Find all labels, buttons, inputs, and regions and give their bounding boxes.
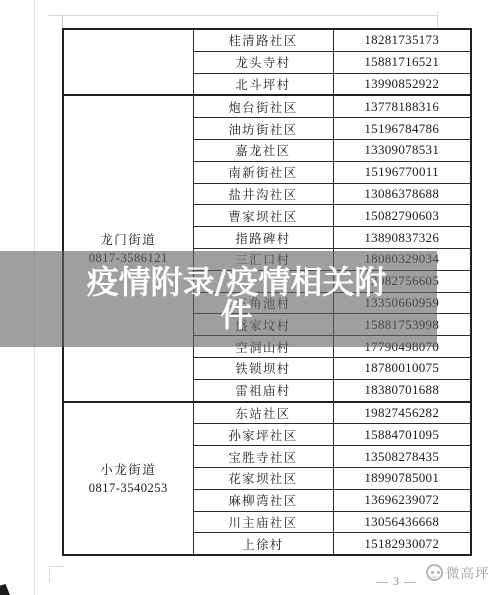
phone-number-cell: 13309078531	[333, 139, 471, 161]
phone-number-cell: 15196770011	[333, 161, 471, 183]
page-margin-mark	[48, 15, 437, 16]
phone-number-cell: 18281735173	[333, 29, 471, 51]
publisher-logo-text: 微高坪	[446, 562, 490, 582]
community-name-cell: 上徐村	[193, 533, 333, 555]
watermark-text: 疫情附录/疫情相关附 件	[67, 266, 407, 332]
document-page: 桂清路社区18281735173龙头寺村15881716521北斗坪村13990…	[0, 0, 500, 595]
street-phone: 0817-3540253	[64, 481, 193, 496]
street-cell: 小龙街道0817-3540253	[63, 402, 193, 556]
page-margin-mark	[49, 566, 50, 582]
phone-number-cell: 13056436668	[333, 511, 471, 533]
scan-corner-smudge	[0, 584, 10, 595]
community-name-cell: 孙家坪社区	[193, 424, 333, 446]
phone-number-cell: 15196784786	[333, 118, 471, 140]
community-name-cell: 花家坝社区	[193, 467, 333, 489]
community-name-cell: 铁锁坝村	[193, 357, 333, 379]
community-name-cell: 川主庙社区	[193, 511, 333, 533]
community-name-cell: 桂清路社区	[193, 29, 333, 51]
community-name-cell: 炮台街社区	[193, 95, 333, 117]
phone-number-cell: 13990852922	[333, 73, 471, 95]
community-name-cell: 指路碑村	[193, 227, 333, 249]
community-name-cell: 龙头寺村	[193, 51, 333, 73]
community-name-cell: 东站社区	[193, 402, 333, 424]
page-margin-mark	[62, 15, 63, 28]
phone-number-cell: 15884701095	[333, 424, 471, 446]
street-name: 龙门街道	[64, 230, 193, 248]
watermark-line-2: 件	[67, 299, 407, 332]
community-name-cell: 宝胜寺社区	[193, 446, 333, 468]
phone-number-cell: 13778188316	[333, 95, 471, 117]
phone-number-cell: 13696239072	[333, 489, 471, 511]
community-name-cell: 盐井沟社区	[193, 183, 333, 205]
phone-number-cell: 19827456282	[333, 402, 471, 424]
page-number: — 3 —	[376, 574, 417, 589]
street-cell: 龙门街道0817-3586121	[63, 95, 193, 401]
phone-number-cell: 15182930072	[333, 533, 471, 555]
community-name-cell: 雷祖庙村	[193, 379, 333, 401]
phone-number-cell: 13890837326	[333, 227, 471, 249]
community-name-cell: 北斗坪村	[193, 73, 333, 95]
page-margin-mark	[437, 11, 438, 28]
table-row: 桂清路社区18281735173	[63, 29, 471, 51]
table-row: 龙门街道0817-3586121炮台街社区13778188316	[63, 95, 471, 117]
phone-number-cell: 13508278435	[333, 446, 471, 468]
phone-number-cell: 13086378688	[333, 183, 471, 205]
phone-number-cell: 18990785001	[333, 467, 471, 489]
phone-number-cell: 18380701688	[333, 379, 471, 401]
phone-number-cell: 15082790603	[333, 205, 471, 227]
community-name-cell: 油坊街社区	[193, 118, 333, 140]
community-name-cell: 曹家坝社区	[193, 205, 333, 227]
phone-number-cell: 15881716521	[333, 51, 471, 73]
table-row: 小龙街道0817-3540253东站社区19827456282	[63, 402, 471, 424]
watermark-line-1: 疫情附录/疫情相关附	[67, 266, 407, 299]
street-name: 小龙街道	[64, 460, 193, 478]
watermark-band: 疫情附录/疫情相关附 件	[0, 251, 437, 347]
community-name-cell: 麻柳湾社区	[193, 489, 333, 511]
page-margin-mark	[49, 566, 63, 567]
publisher-logo: 微高坪	[426, 562, 490, 582]
community-name-cell: 嘉龙社区	[193, 139, 333, 161]
smiley-logo-icon	[426, 564, 443, 581]
street-cell	[63, 29, 193, 95]
phone-number-cell: 18780010075	[333, 357, 471, 379]
community-name-cell: 南新街社区	[193, 161, 333, 183]
